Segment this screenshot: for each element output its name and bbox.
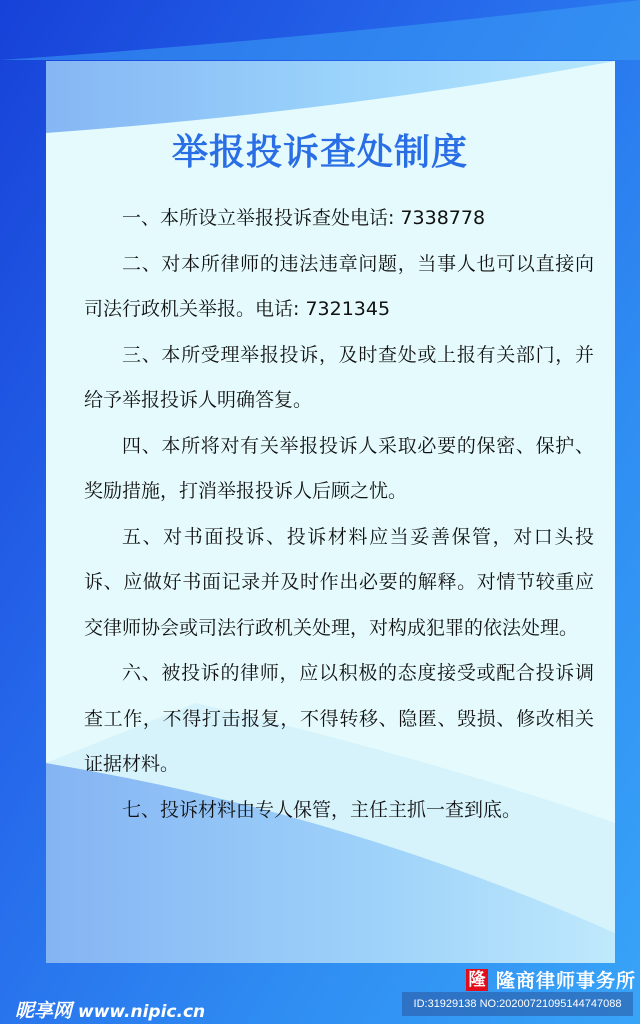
clause-2: 二、对本所律师的违法违章问题，当事人也可以直接向司法行政机关举报。电话: 732… (84, 242, 594, 333)
clause-4: 四、本所将对有关举报投诉人采取必要的保密、保护、奖励措施，打消举报投诉人后顾之忧… (84, 424, 594, 515)
clause-6: 六、被投诉的律师，应以积极的态度接受或配合投诉调查工作，不得打击报复，不得转移、… (84, 651, 594, 788)
clause-1: 一、本所设立举报投诉查处电话: 7338778 (84, 196, 594, 242)
clause-3: 三、本所受理举报投诉，及时查处或上报有关部门，并给予举报投诉人明确答复。 (84, 333, 594, 424)
image-id-bar: ID:31929138 NO:20200721095144747088 (402, 992, 633, 1016)
clause-5: 五、对书面投诉、投诉材料应当妥善保管，对口头投诉、应做好书面记录并及时作出必要的… (84, 515, 594, 652)
firm-name: 隆商律师事务所 (496, 966, 636, 993)
page-title: 举报投诉查处制度 (0, 124, 640, 175)
watermark-url: www.nipic.cn (78, 1002, 205, 1022)
watermark-brand: 昵享网 www.nipic.cn (15, 996, 205, 1023)
regulation-body: 一、本所设立举报投诉查处电话: 7338778 二、对本所律师的违法违章问题，当… (84, 196, 594, 833)
clause-7: 七、投诉材料由专人保管，主任主抓一查到底。 (84, 788, 594, 834)
firm-logo: 隆 隆商律师事务所 (466, 966, 636, 993)
watermark-brand-name: 昵享网 (15, 996, 72, 1023)
seal-icon: 隆 (466, 969, 488, 991)
